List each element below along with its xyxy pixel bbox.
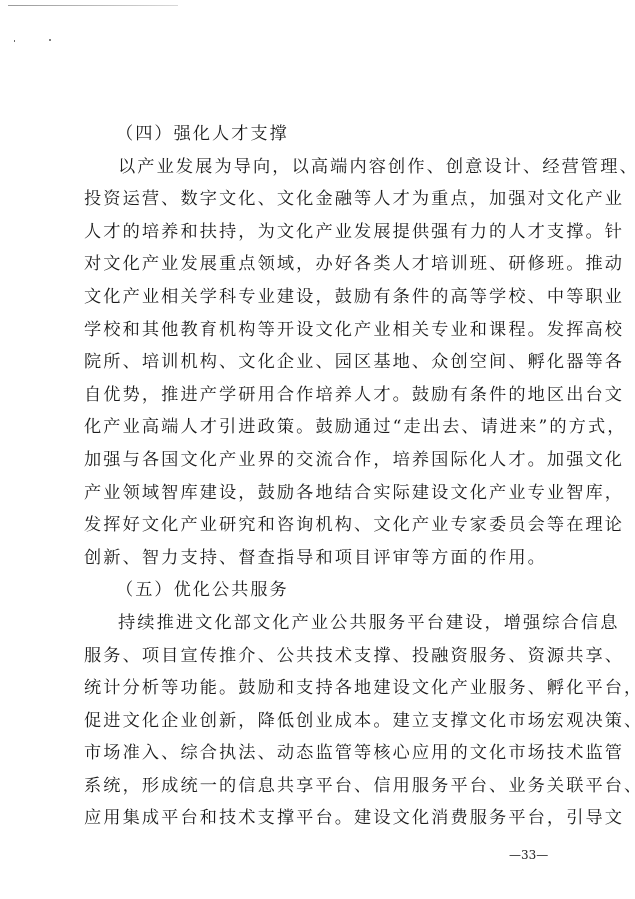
paragraph-line: 文化产业相关学科专业建设，鼓励有条件的高等学校、中等职业 [84,281,548,314]
paragraph-line: 自优势，推进产学研用合作培养人才。鼓励有条件的地区出台文 [84,379,548,412]
section-body-public-service: 持续推进文化部文化产业公共服务平台建设，增强综合信息 服务、项目宣传推介、公共技… [84,607,548,835]
paragraph-line: 服务、项目宣传推介、公共技术支撑、投融资服务、资源共享、 [84,640,548,673]
paragraph-line: 促进文化企业创新，降低创业成本。建立支撑文化市场宏观决策、 [84,705,548,738]
paragraph-line: 产业领域智库建设，鼓励各地结合实际建设文化产业专业智库， [84,477,548,510]
paragraph-line: 发挥好文化产业研究和咨询机构、文化产业专家委员会等在理论 [84,509,548,542]
paragraph-line: 院所、培训机构、文化企业、园区基地、众创空间、孵化器等各 [84,346,548,379]
paragraph-line: 投资运营、数字文化、文化金融等人才为重点，加强对文化产业 [84,183,548,216]
scan-speck [14,40,15,42]
document-page: （四）强化人才支撑 以产业发展为导向，以高端内容创作、创意设计、经营管理、 投资… [84,118,548,835]
paragraph-line: 对文化产业发展重点领域，办好各类人才培训班、研修班。推动 [84,248,548,281]
paragraph-line: 系统，形成统一的信息共享平台、信用服务平台、业务关联平台、 [84,770,548,803]
section-body-talent-support: 以产业发展为导向，以高端内容创作、创意设计、经营管理、 投资运营、数字文化、文化… [84,151,548,575]
paragraph-line: 加强与各国文化产业界的交流合作，培养国际化人才。加强文化 [84,444,548,477]
paragraph-line: 持续推进文化部文化产业公共服务平台建设，增强综合信息 [84,607,548,640]
paragraph-line: 人才的培养和扶持，为文化产业发展提供强有力的人才支撑。针 [84,216,548,249]
paragraph-line: 统计分析等功能。鼓励和支持各地建设文化产业服务、孵化平台， [84,672,548,705]
paragraph-line: 学校和其他教育机构等开设文化产业相关专业和课程。发挥高校 [84,314,548,347]
paragraph-line: 创新、智力支持、督查指导和项目评审等方面的作用。 [84,542,548,575]
scan-top-edge-rule [8,5,178,6]
paragraph-line: 以产业发展为导向，以高端内容创作、创意设计、经营管理、 [84,151,548,184]
paragraph-line: 化产业高端人才引进政策。鼓励通过“走出去、请进来”的方式， [84,411,548,444]
paragraph-line: 市场准入、综合执法、动态监管等核心应用的文化市场技术监管 [84,737,548,770]
section-heading-talent-support: （四）强化人才支撑 [84,118,548,151]
page-number: —33— [509,848,548,862]
paragraph-line: 应用集成平台和技术支撑平台。建设文化消费服务平台，引导文 [84,802,548,835]
scan-speck [49,39,51,41]
section-heading-public-service: （五）优化公共服务 [84,574,548,607]
